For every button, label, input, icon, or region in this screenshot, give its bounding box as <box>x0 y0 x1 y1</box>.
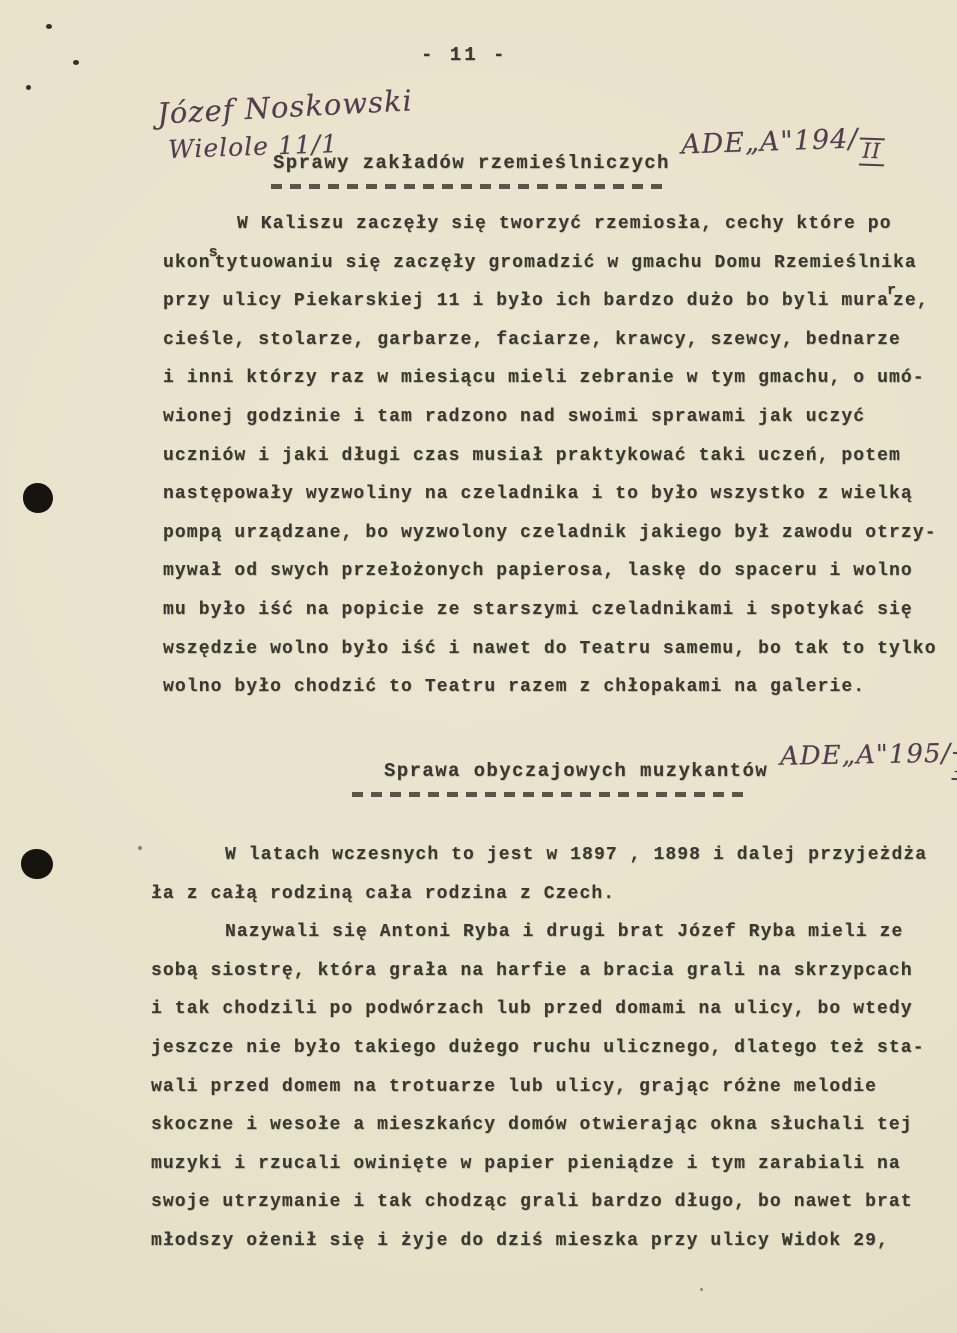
text-line: sobą siostrę, która grała na harfie a br… <box>151 952 927 991</box>
section-1-heading: Sprawy zakładów rzemieślniczych <box>273 152 670 174</box>
text-segment: tytuowaniu się zaczęły gromadzić w gmach… <box>215 253 917 273</box>
text-line: następowały wyzwoliny na czeladnika i to… <box>163 475 937 514</box>
text-line: młodszy ożenił się i żyje do dziś mieszk… <box>151 1222 927 1261</box>
text-line: ła z całą rodziną cała rodzina z Czech. <box>151 875 927 914</box>
hole-punch-bottom <box>21 849 53 879</box>
text-line: uczniów i jaki długi czas musiał praktyk… <box>163 437 937 476</box>
superscript-correction: r <box>887 272 896 311</box>
text-line: mywał od swych przełożonych papierosa, l… <box>163 552 937 591</box>
archive-ref-2-suffix: II <box>952 752 957 781</box>
text-line: Nazywali się Antoni Ryba i drugi brat Jó… <box>151 913 927 952</box>
text-line: muzyki i rzucali owinięte w papier pieni… <box>151 1145 927 1184</box>
text-segment: przy ulicy Piekarskiej 11 i było ich bar… <box>163 291 889 311</box>
section-1-dashed-underline <box>271 184 667 189</box>
paragraph-crafts: W Kaliszu zaczęły się tworzyć rzemiosła,… <box>163 205 937 707</box>
section-2-heading: Sprawa obyczajowych muzykantów <box>384 760 768 782</box>
paper-speck <box>46 24 52 29</box>
hole-punch-top <box>23 483 53 513</box>
text-line: wszędzie wolno było iść i nawet do Teatr… <box>163 630 937 669</box>
text-line: wali przed domem na trotuarze lub ulicy,… <box>151 1068 927 1107</box>
text-line: pompą urządzane, bo wyzwolony czeladnik … <box>163 514 937 553</box>
text-line: mu było iść na popicie ze starszymi czel… <box>163 591 937 630</box>
archive-ref-2-prefix: ADE„A"195/ <box>780 739 952 772</box>
text-line: jeszcze nie było takiego dużego ruchu ul… <box>151 1029 927 1068</box>
handwritten-archive-ref-2: ADE„A"195/II <box>780 738 957 772</box>
text-line: wionej godzinie i tam radzono nad swoimi… <box>163 398 937 437</box>
text-line: wolno było chodzić to Teatru razem z chł… <box>163 668 937 707</box>
text-line: i inni którzy raz w miesiącu mieli zebra… <box>163 359 937 398</box>
paper-speck <box>700 1288 703 1291</box>
scanned-document-page: - 11 - Józef Noskowski Wielole 11/1 ADE„… <box>0 0 957 1333</box>
text-line: przy ulicy Piekarskiej 11 i było ich bar… <box>163 282 937 321</box>
archive-ref-1-suffix: II <box>859 137 885 166</box>
text-line: cieśle, stolarze, garbarze, faciarze, kr… <box>163 321 937 360</box>
paper-speck <box>26 85 31 90</box>
text-line: ukonstytuowaniu się zaczęły gromadzić w … <box>163 244 937 283</box>
archive-ref-1-prefix: ADE„A"194/ <box>681 123 859 160</box>
text-line: swoje utrzymanie i tak chodząc grali bar… <box>151 1183 927 1222</box>
paragraph-musicians: W latach wczesnych to jest w 1897 , 1898… <box>151 836 927 1261</box>
text-segment: ze, <box>893 291 929 311</box>
handwritten-author-name: Józef Noskowski <box>156 83 413 130</box>
paper-speck <box>73 60 79 65</box>
text-segment: ukon <box>163 253 211 273</box>
page-number: - 11 - <box>421 44 507 66</box>
handwritten-archive-ref-1: ADE„A"194/II <box>681 122 885 161</box>
paper-speck <box>138 846 142 850</box>
superscript-correction: s <box>209 234 218 273</box>
text-line: skoczne i wesołe a mieszkańcy domów otwi… <box>151 1106 927 1145</box>
text-line: i tak chodzili po podwórzach lub przed d… <box>151 990 927 1029</box>
text-line: W latach wczesnych to jest w 1897 , 1898… <box>151 836 927 875</box>
text-line: W Kaliszu zaczęły się tworzyć rzemiosła,… <box>163 205 937 244</box>
section-2-dashed-underline <box>352 792 745 797</box>
